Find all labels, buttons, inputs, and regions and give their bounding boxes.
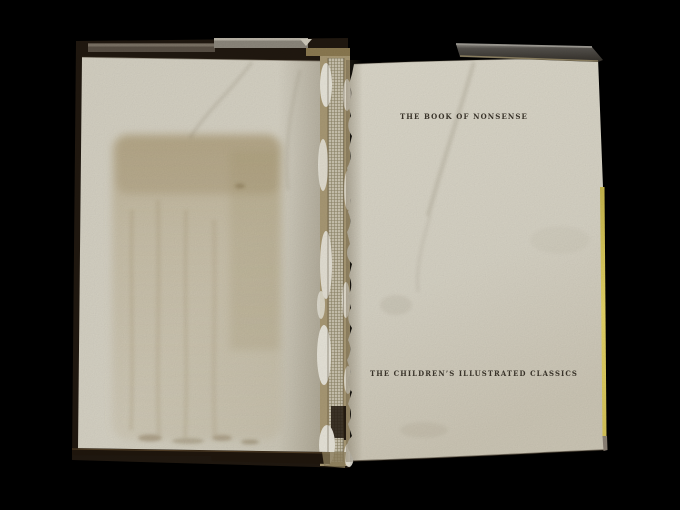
photo-canvas: THE BOOK OF NONSENSE THE CHILDREN’S ILLU… xyxy=(0,0,680,510)
paper-grain-overlay xyxy=(60,36,612,468)
book-photograph: THE BOOK OF NONSENSE THE CHILDREN’S ILLU… xyxy=(0,0,680,510)
